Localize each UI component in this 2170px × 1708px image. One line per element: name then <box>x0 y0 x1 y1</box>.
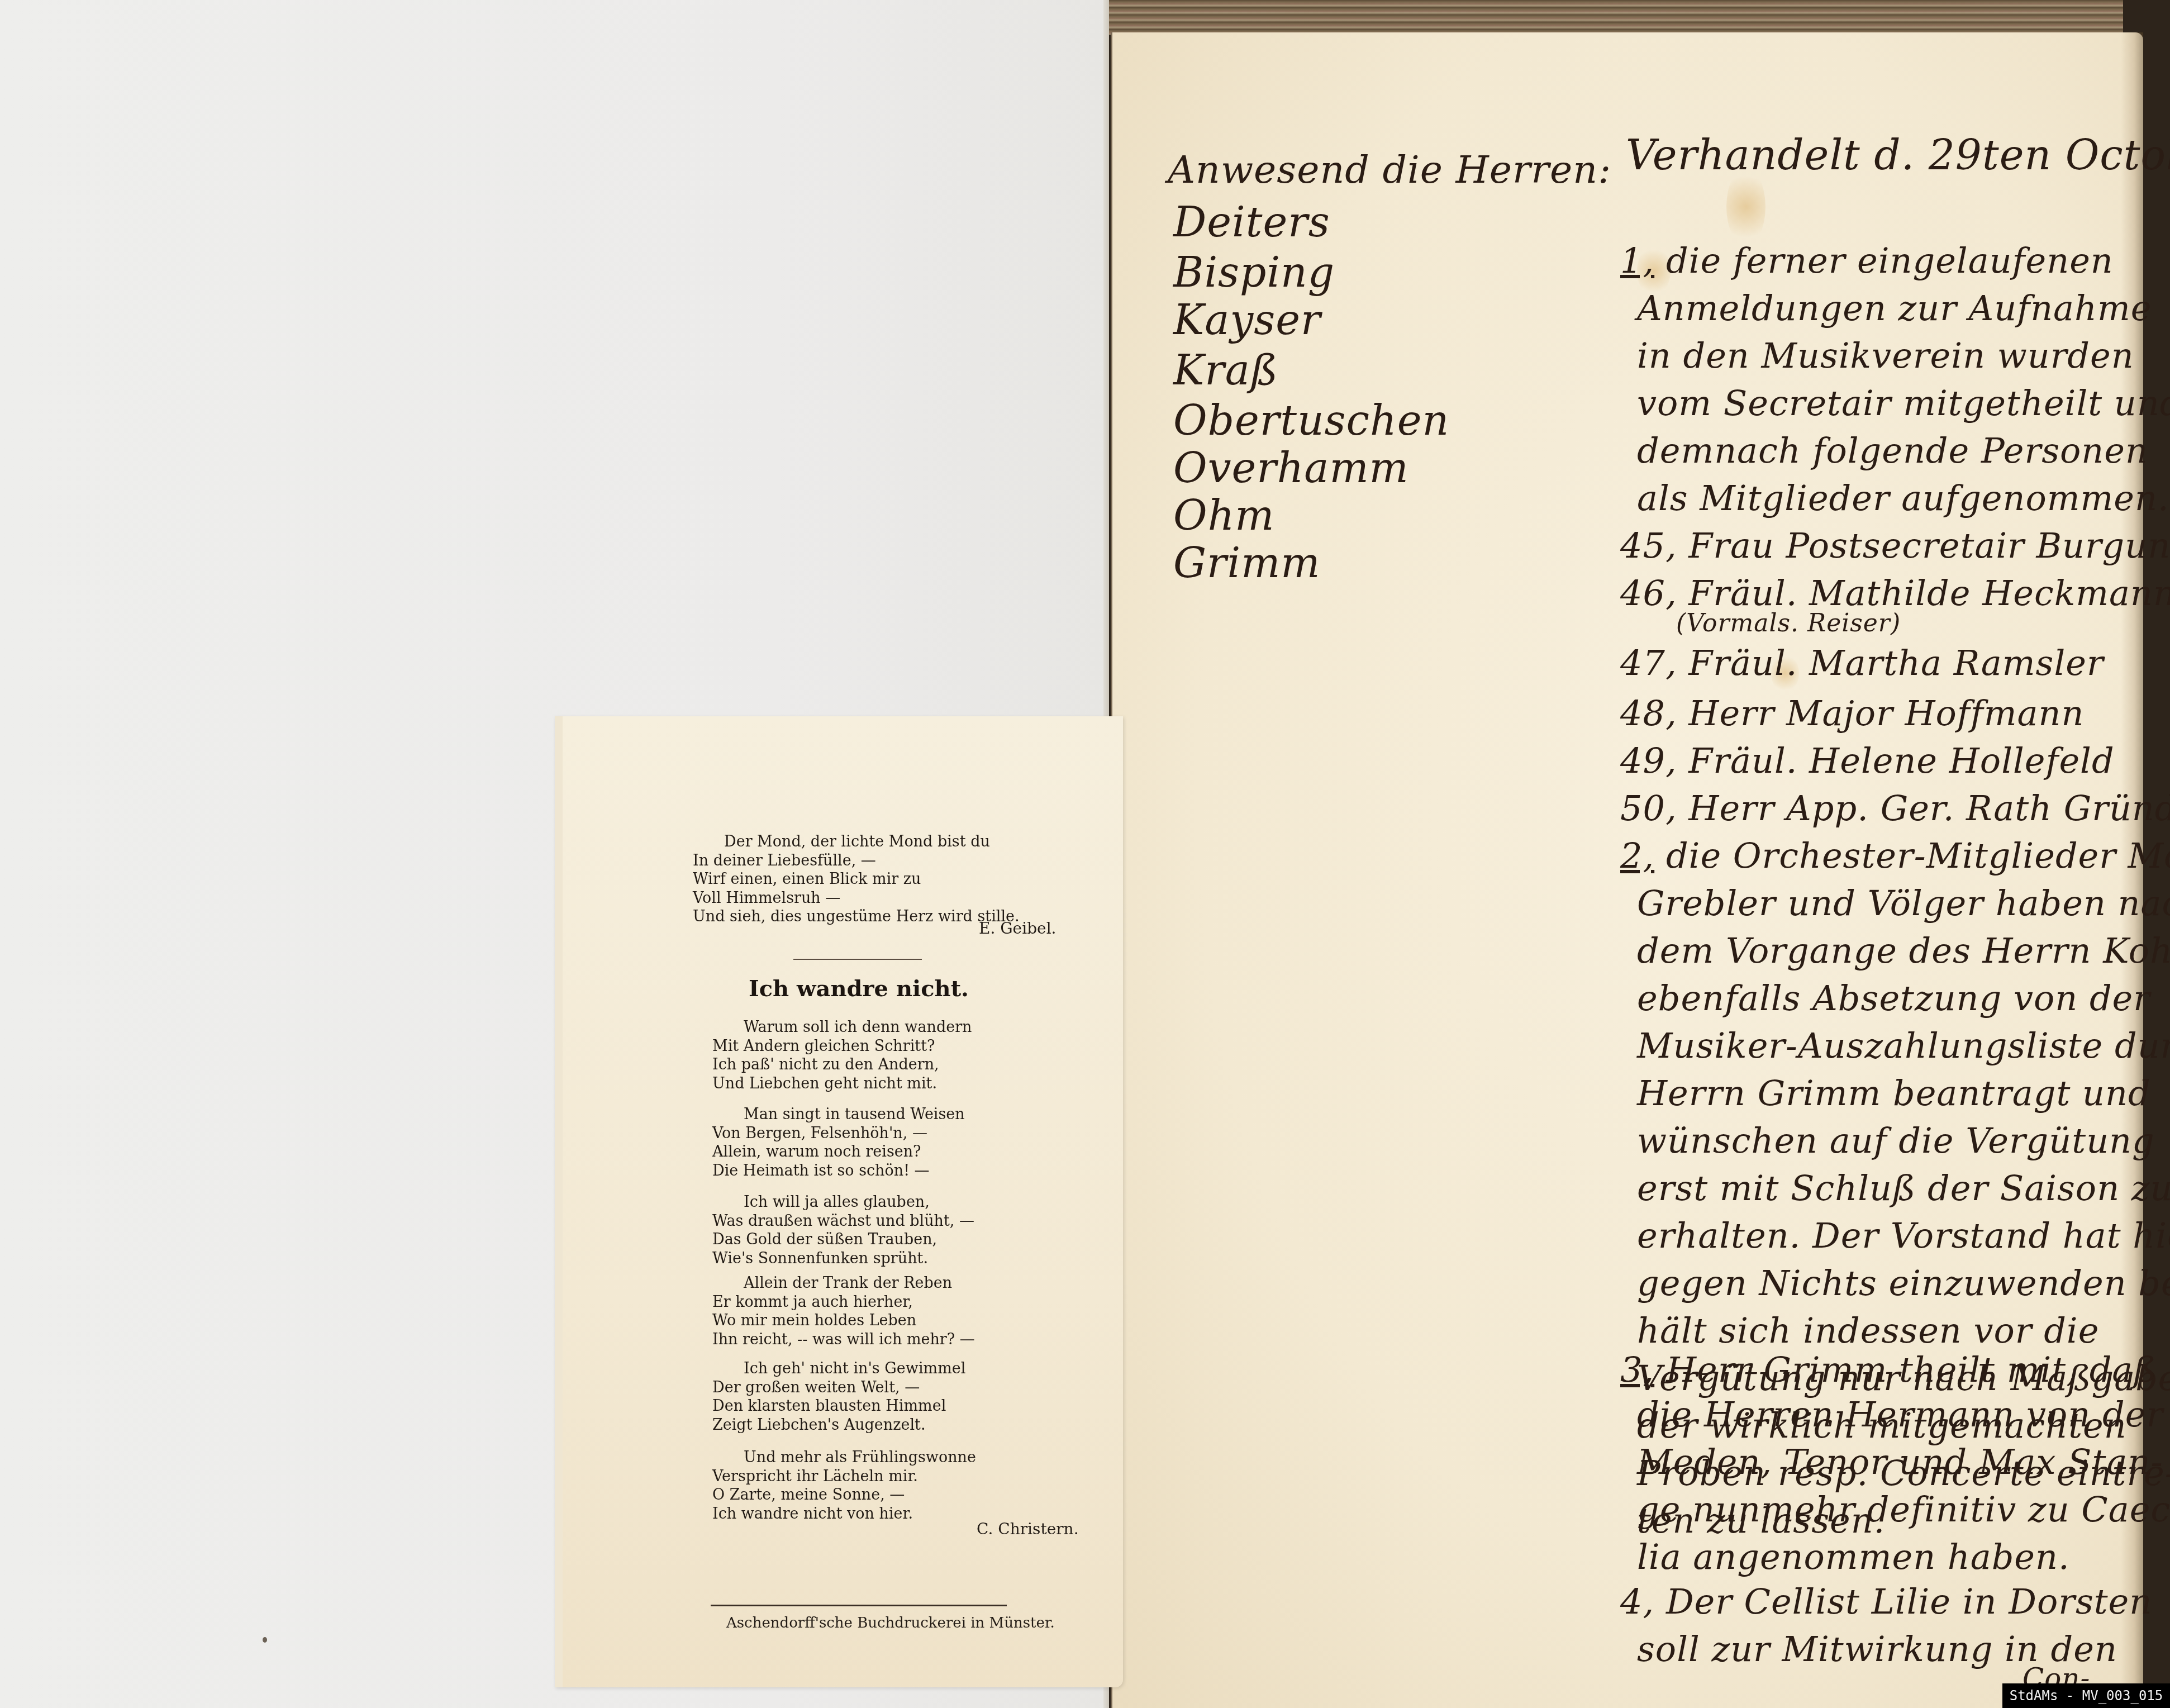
poem-line: Und mehr als Frühlingswonne <box>712 1448 976 1467</box>
member-name: Fräul. Martha Ramsler <box>1688 643 2104 683</box>
item-number: 4, <box>1620 1581 1654 1622</box>
poem-line: Voll Himmelsruh — <box>693 889 1020 908</box>
protocol-line: 1, die ferner eingelaufenen <box>1620 240 2114 281</box>
poem-stanza: Ich geh' nicht in's Gewimmel Der großen … <box>712 1359 965 1434</box>
protocol-line: die Herren Hermann von der <box>1637 1394 2163 1435</box>
poem-stanza: Warum soll ich denn wandern Mit Andern g… <box>712 1018 972 1093</box>
protocol-line: Anmeldungen zur Aufnahme <box>1637 288 2152 329</box>
line-text: Herr Grimm theilt mit, daß <box>1666 1349 2157 1390</box>
member-number: 46, <box>1620 573 1677 613</box>
page-stack-top-edge <box>1109 0 2123 35</box>
archive-signature-label: StdAMs - MV_003_015 <box>2002 1683 2170 1708</box>
foxing-stain <box>1726 168 1765 246</box>
poem-line: Und sieh, dies ungestüme Herz wird still… <box>693 907 1020 926</box>
poem-line: Wirf einen, einen Blick mir zu <box>693 870 1020 889</box>
member-name: Frau Postsecretair Burgunder <box>1688 525 2170 566</box>
poem-line: Ich will ja alles glauben, <box>712 1193 974 1212</box>
poem-stanza: Ich will ja alles glauben, Was draußen w… <box>712 1193 974 1268</box>
poem-stanza: Und mehr als Frühlingswonne Verspricht i… <box>712 1448 976 1523</box>
member-number: 45, <box>1620 525 1677 566</box>
poem-line: Zeigt Liebchen's Augenzelt. <box>712 1416 965 1435</box>
protocol-line: in den Musikverein wurden <box>1637 335 2134 376</box>
protocol-line: Musiker-Auszahlungsliste durch <box>1637 1025 2170 1066</box>
member-name: Fräul. Mathilde Heckmann <box>1688 573 2170 613</box>
poem-line: Allein der Trank der Reben <box>712 1274 975 1293</box>
protocol-line: wünschen auf die Vergütung <box>1637 1120 2155 1161</box>
protocol-line: ebenfalls Absetzung von der <box>1637 978 2150 1019</box>
member-entry: 50, Herr App. Ger. Rath Gründler <box>1620 788 2170 829</box>
item-number: 1, <box>1620 240 1654 281</box>
member-entry: 48, Herr Major Hoffmann <box>1620 693 2084 734</box>
poem-line: O Zarte, meine Sonne, — <box>712 1486 976 1505</box>
poem-geibel: Der Mond, der lichte Mond bist du In dei… <box>693 832 1020 926</box>
protocol-line: 2, die Orchester-Mitglieder Möller <box>1620 835 2170 876</box>
attendee-name: Obertuschen <box>1173 397 1449 445</box>
protocol-line: ge nunmehr definitiv zu Caeci- <box>1637 1489 2170 1530</box>
member-entry: 46, Fräul. Mathilde Heckmann <box>1620 573 2170 613</box>
poem-stanza: Allein der Trank der Reben Er kommt ja a… <box>712 1274 975 1349</box>
protocol-line: demnach folgende Personen <box>1637 430 2148 471</box>
poem-line: In deiner Liebesfülle, — <box>693 851 1020 870</box>
attendee-name: Overhamm <box>1173 444 1409 492</box>
protocol-line: als Mitglieder aufgenommen. <box>1637 478 2169 518</box>
poem-line: Ich wandre nicht von hier. <box>712 1505 976 1524</box>
attendee-name: Kayser <box>1173 296 1321 344</box>
poem-line: Was draußen wächst und blüht, — <box>712 1212 974 1231</box>
attendee-name: Ohm <box>1173 492 1275 540</box>
poem-line: Das Gold der süßen Trauben, <box>712 1230 974 1249</box>
poem-line: Allein, warum noch reisen? <box>712 1143 965 1162</box>
member-entry: 45, Frau Postsecretair Burgunder <box>1620 525 2170 566</box>
poem-line: Wo mir mein holdes Leben <box>712 1311 975 1330</box>
protocol-line: 4, Der Cellist Lilie in Dorsten <box>1620 1581 2152 1622</box>
attendance-header: Anwesend die Herren: <box>1168 148 1611 192</box>
poem-line: Die Heimath ist so schön! — <box>712 1162 965 1181</box>
member-name: Herr Major Hoffmann <box>1688 693 2084 734</box>
poem-line: Wie's Sonnenfunken sprüht. <box>712 1249 974 1268</box>
poem-line: Von Bergen, Felsenhöh'n, — <box>712 1124 965 1143</box>
protocol-line: hält sich indessen vor die <box>1637 1310 2099 1351</box>
poem-line: Der großen weiten Welt, — <box>712 1378 965 1397</box>
protocol-line: erst mit Schluß der Saison zu <box>1637 1168 2170 1209</box>
member-number: 47, <box>1620 643 1677 683</box>
poem-line: Den klarsten blausten Himmel <box>712 1397 965 1416</box>
member-note: (Vormals. Reiser) <box>1676 609 1901 637</box>
protocol-line: Meden, Tenor und Max Stan- <box>1637 1441 2163 1482</box>
poem-line: Mit Andern gleichen Schritt? <box>712 1037 972 1056</box>
member-entry: 49, Fräul. Helene Hollefeld <box>1620 740 2115 781</box>
attendee-name: Kraß <box>1173 346 1278 394</box>
attendee-name: Grimm <box>1173 539 1321 587</box>
line-text: die ferner eingelaufenen <box>1666 240 2114 281</box>
protocol-date-header: Verhandelt d. 29ten October 1878 <box>1626 131 2170 179</box>
member-number: 49, <box>1620 740 1677 781</box>
poem-line: Er kommt ja auch hierher, <box>712 1293 975 1312</box>
poem-line: Ihn reicht, -- was will ich mehr? — <box>712 1330 975 1349</box>
poem-line: Der Mond, der lichte Mond bist du <box>693 832 1020 851</box>
line-text: Der Cellist Lilie in Dorsten <box>1666 1581 2152 1622</box>
poem-stanza: Man singt in tausend Weisen Von Bergen, … <box>712 1105 965 1180</box>
imprint-rule <box>711 1605 1007 1606</box>
poem-line: Warum soll ich denn wandern <box>712 1018 972 1037</box>
protocol-line: dem Vorgange des Herrn Kohn <box>1637 930 2170 971</box>
attendee-name: Deiters <box>1173 198 1330 246</box>
protocol-line: erhalten. Der Vorstand hat hier- <box>1637 1215 2170 1256</box>
poem-title: Ich wandre nicht. <box>749 976 969 1002</box>
member-number: 48, <box>1620 693 1677 734</box>
poem-line: Ich paß' nicht zu den Andern, <box>712 1055 972 1074</box>
paper-speck <box>263 1637 267 1643</box>
poem-author: C. Christern. <box>977 1520 1079 1538</box>
item-number: 3, <box>1620 1349 1654 1390</box>
line-text: die Orchester-Mitglieder Möller <box>1666 835 2170 876</box>
member-number: 50, <box>1620 788 1677 829</box>
poem-line: Man singt in tausend Weisen <box>712 1105 965 1124</box>
protocol-line: vom Secretair mitgetheilt und <box>1637 383 2170 424</box>
poem-line: Verspricht ihr Lächeln mir. <box>712 1467 976 1486</box>
member-entry: 47, Fräul. Martha Ramsler <box>1620 643 2104 683</box>
member-name: Herr App. Ger. Rath Gründler <box>1688 788 2170 829</box>
protocol-line: lia angenommen haben. <box>1637 1536 2070 1577</box>
protocol-line: 3, Herr Grimm theilt mit, daß <box>1620 1349 2157 1390</box>
poem-line: Und Liebchen geht nicht mit. <box>712 1074 972 1093</box>
protocol-line: gegen Nichts einzuwenden be- <box>1637 1263 2170 1303</box>
member-name: Fräul. Helene Hollefeld <box>1688 740 2114 781</box>
protocol-line: Herrn Grimm beantragt und <box>1637 1073 2151 1114</box>
poem-author: E. Geibel. <box>979 919 1056 938</box>
printer-imprint: Aschendorff'sche Buchdruckerei in Münste… <box>726 1615 1055 1631</box>
attendee-name: Bisping <box>1173 249 1335 297</box>
poem-line: Ich geh' nicht in's Gewimmel <box>712 1359 965 1378</box>
item-number: 2, <box>1620 835 1654 876</box>
protocol-line: Grebler und Völger haben nach <box>1637 883 2170 924</box>
separator-rule <box>793 959 922 960</box>
